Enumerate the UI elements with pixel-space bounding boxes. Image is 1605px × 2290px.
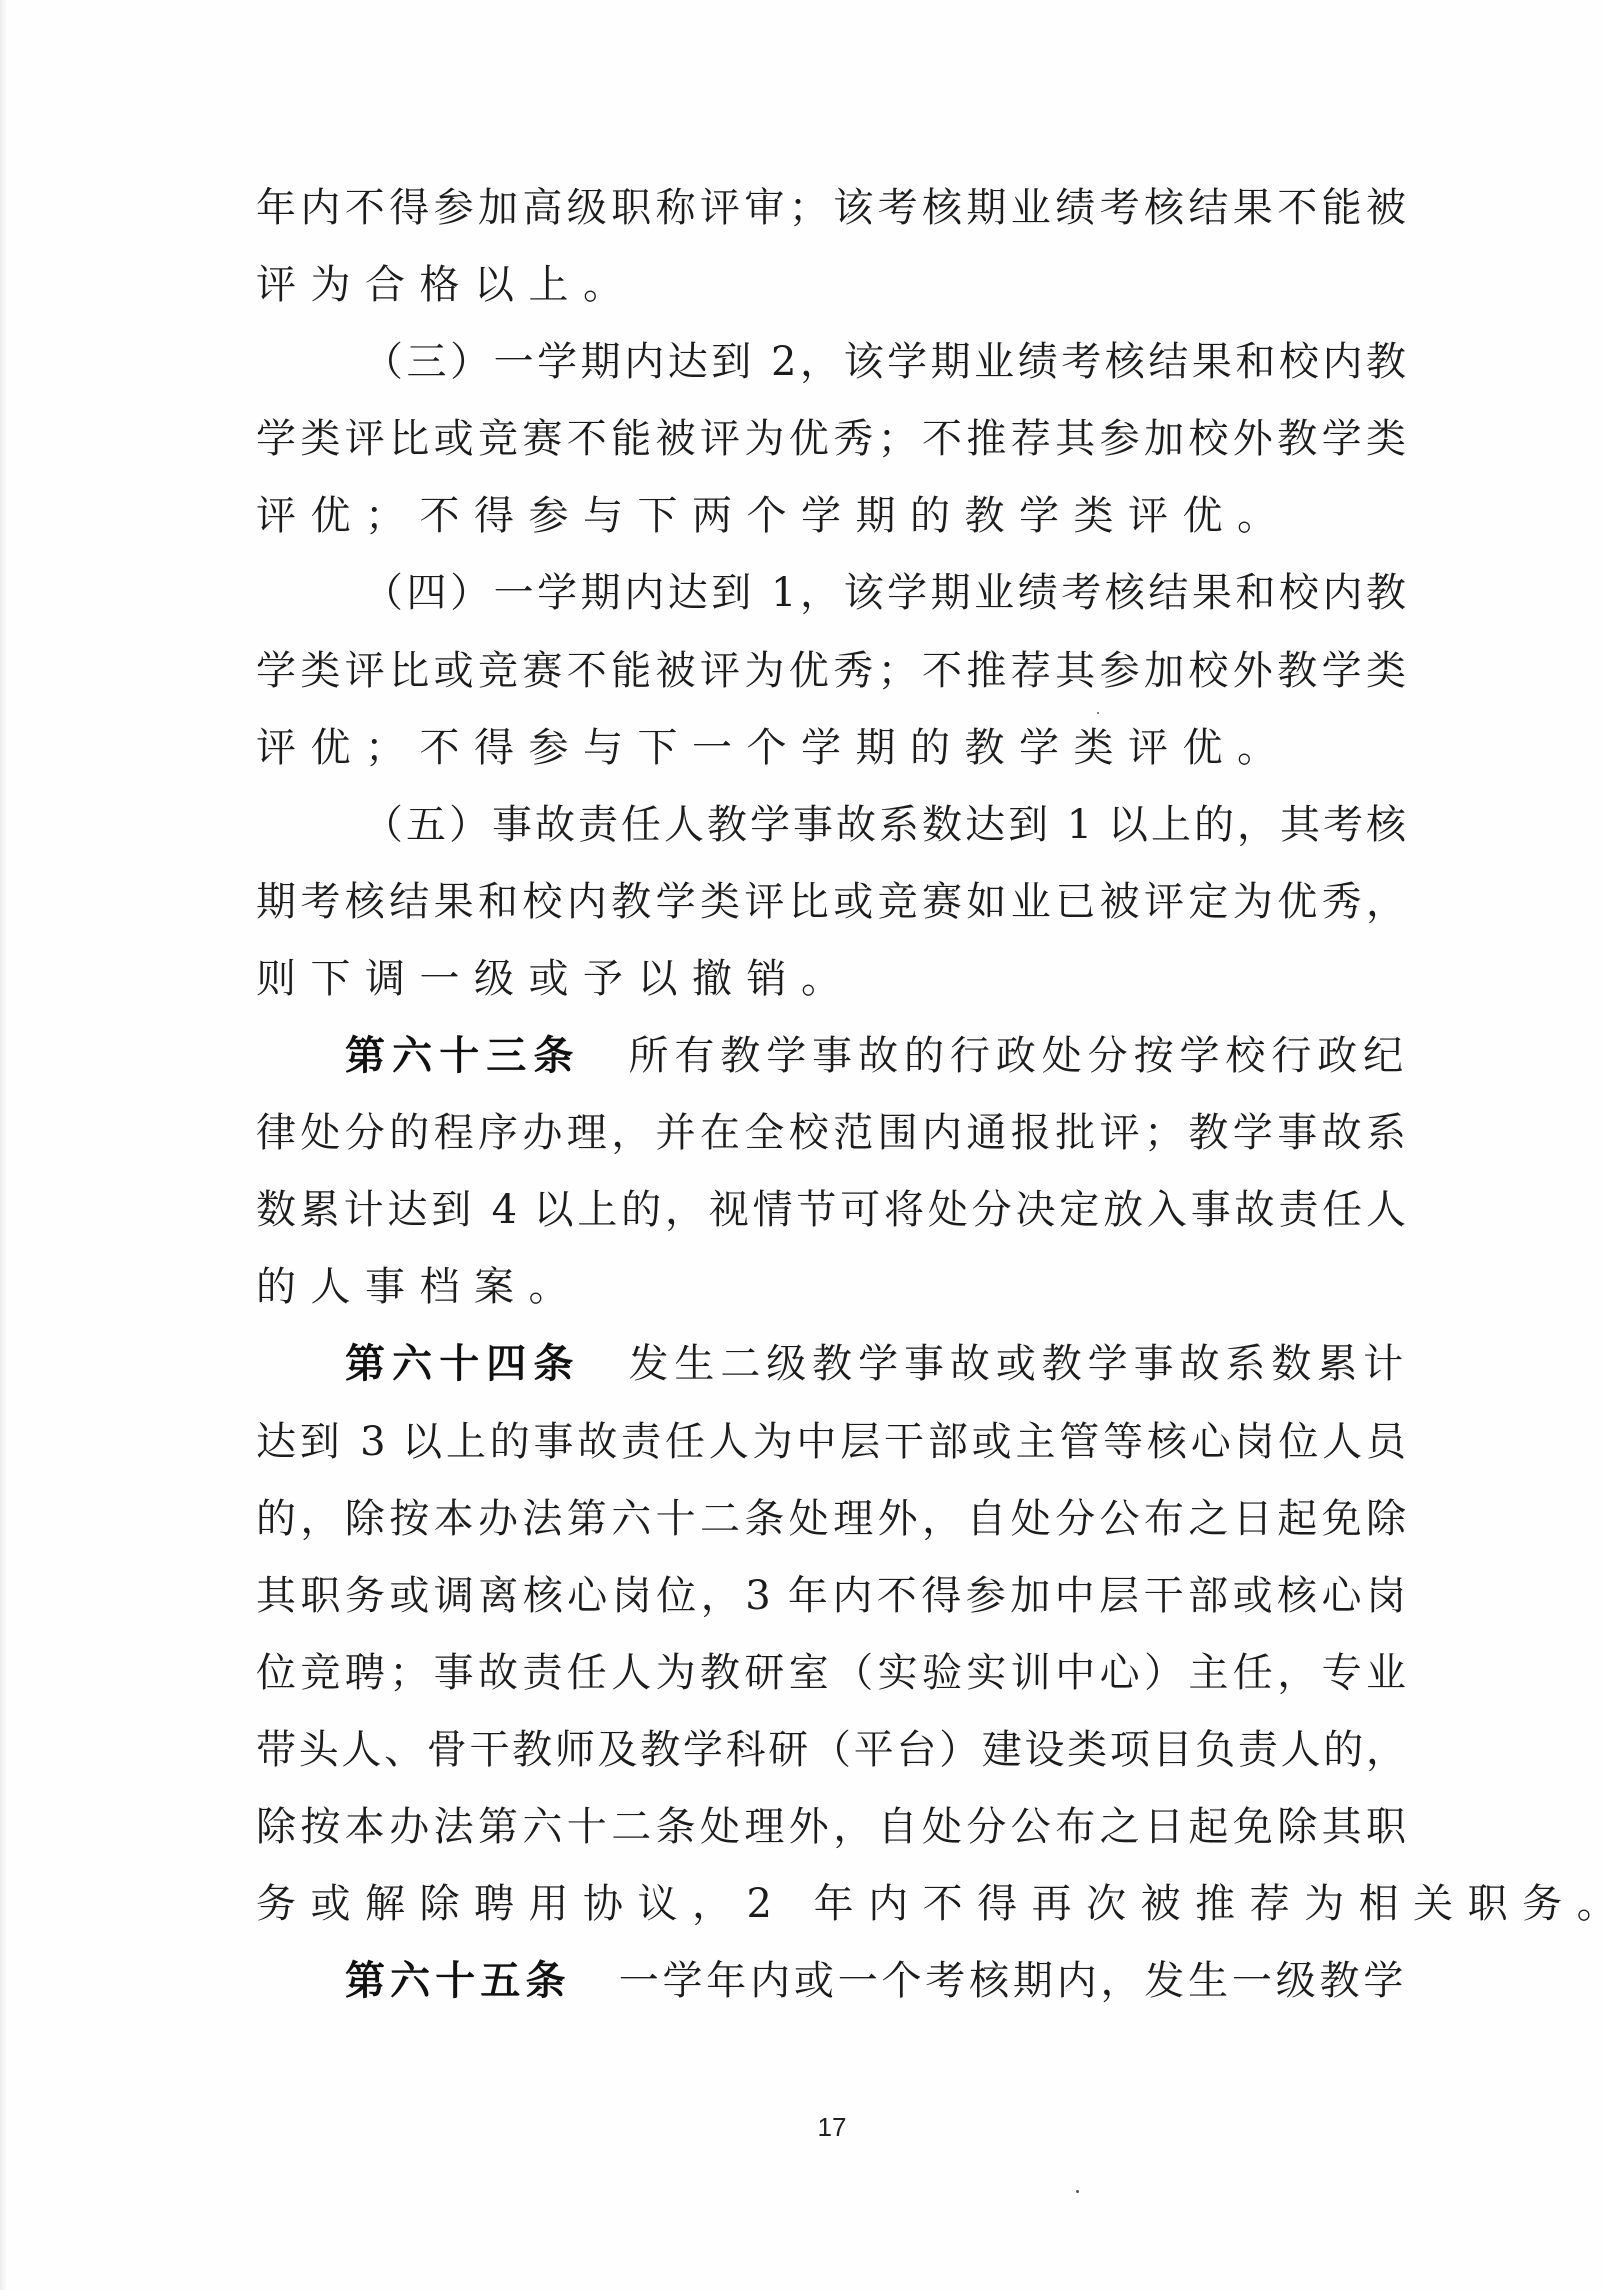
line-text: 律处分的程序办理，并在全校范围内通报批评；教学事故系 [256, 1110, 1406, 1156]
line-text: 数累计达到 4 以上的，视情节可将处分决定放入事故责任人 [256, 1187, 1406, 1233]
line-text: 则下调一级或予以撤销。 [256, 956, 856, 1002]
text-line: 评为合格以上。 [256, 257, 1406, 334]
text-line: 除按本办法第六十二条处理外，自处分公布之日起免除其职 [256, 1799, 1406, 1876]
text-line: 期考核结果和校内教学类评比或竞赛如业已被评定为优秀， [256, 874, 1406, 951]
text-line: 评优；不得参与下一个学期的教学类评优。 [256, 720, 1406, 797]
text-line: 学类评比或竞赛不能被评为优秀；不推荐其参加校外教学类 [256, 643, 1406, 720]
line-text: 位竞聘；事故责任人为教研室（实验实训中心）主任，专业 [256, 1650, 1406, 1696]
list-item-5-first-line: （五）事故责任人教学事故系数达到 1 以上的，其考核 [256, 797, 1406, 874]
line-text: 的人事档案。 [256, 1264, 583, 1310]
page-number: 17 [812, 2112, 852, 2143]
text-line: 务或解除聘用协议，2 年内不得再次被推荐为相关职务。 [256, 1876, 1406, 1953]
line-text: 一学年内或一个考核期内，发生一级教学 [619, 1958, 1406, 2004]
line-text: 期考核结果和校内教学类评比或竞赛如业已被评定为优秀， [256, 879, 1406, 925]
line-text: 年内不得参加高级职称评审；该考核期业绩考核结果不能被 [256, 185, 1406, 231]
text-line: 评优；不得参与下两个学期的教学类评优。 [256, 488, 1406, 565]
scan-edge-shadow [0, 0, 6, 2290]
line-text: 其职务或调离核心岗位，3 年内不得参加中层干部或核心岗 [256, 1573, 1406, 1619]
text-line: 的人事档案。 [256, 1259, 1406, 1336]
text-line: 位竞聘；事故责任人为教研室（实验实训中心）主任，专业 [256, 1645, 1406, 1722]
line-text: 除按本办法第六十二条处理外，自处分公布之日起免除其职 [256, 1804, 1406, 1850]
text-line: 律处分的程序办理，并在全校范围内通报批评；教学事故系 [256, 1105, 1406, 1182]
line-text: 所有教学事故的行政处分按学校行政纪 [628, 1033, 1406, 1079]
line-text: 评为合格以上。 [256, 262, 638, 308]
article-65-first-line: 第六十五条一学年内或一个考核期内，发生一级教学 [256, 1953, 1406, 2030]
line-text: （五）事故责任人教学事故系数达到 1 以上的，其考核 [363, 802, 1406, 848]
text-line: 则下调一级或予以撤销。 [256, 951, 1406, 1028]
line-text: 发生二级教学事故或教学事故系数累计 [628, 1341, 1406, 1387]
line-text: 学类评比或竞赛不能被评为优秀；不推荐其参加校外教学类 [256, 648, 1406, 694]
article-heading: 第六十三条 [345, 1033, 580, 1079]
text-line: 年内不得参加高级职称评审；该考核期业绩考核结果不能被 [256, 180, 1406, 257]
text-line: 达到 3 以上的事故责任人为中层干部或主管等核心岗位人员 [256, 1414, 1406, 1491]
document-page: 年内不得参加高级职称评审；该考核期业绩考核结果不能被 评为合格以上。 （三）一学… [0, 0, 1605, 2290]
line-text: （四）一学期内达到 1，该学期业绩考核结果和校内教 [363, 570, 1406, 616]
scan-speck [1076, 2190, 1079, 2193]
list-item-4-first-line: （四）一学期内达到 1，该学期业绩考核结果和校内教 [256, 565, 1406, 642]
line-text: 的，除按本办法第六十二条处理外，自处分公布之日起免除 [256, 1496, 1406, 1542]
list-item-3-first-line: （三）一学期内达到 2，该学期业绩考核结果和校内教 [256, 334, 1406, 411]
text-line: 的，除按本办法第六十二条处理外，自处分公布之日起免除 [256, 1491, 1406, 1568]
line-text: 评优；不得参与下两个学期的教学类评优。 [256, 493, 1292, 539]
text-line: 学类评比或竞赛不能被评为优秀；不推荐其参加校外教学类 [256, 411, 1406, 488]
article-heading: 第六十四条 [345, 1341, 580, 1387]
line-text: 评优；不得参与下一个学期的教学类评优。 [256, 725, 1292, 771]
text-line: 数累计达到 4 以上的，视情节可将处分决定放入事故责任人 [256, 1182, 1406, 1259]
scan-speck [1097, 712, 1099, 714]
article-63-first-line: 第六十三条所有教学事故的行政处分按学校行政纪 [256, 1028, 1406, 1105]
line-text: 带头人、骨干教师及教学科研（平台）建设类项目负责人的， [256, 1727, 1406, 1773]
article-heading: 第六十五条 [345, 1958, 571, 2004]
line-text: 学类评比或竞赛不能被评为优秀；不推荐其参加校外教学类 [256, 416, 1406, 462]
line-text: （三）一学期内达到 2，该学期业绩考核结果和校内教 [363, 339, 1406, 385]
document-body: 年内不得参加高级职称评审；该考核期业绩考核结果不能被 评为合格以上。 （三）一学… [256, 180, 1406, 2030]
line-text: 务或解除聘用协议，2 年内不得再次被推荐为相关职务。 [256, 1881, 1605, 1927]
line-text: 达到 3 以上的事故责任人为中层干部或主管等核心岗位人员 [256, 1419, 1406, 1465]
article-64-first-line: 第六十四条发生二级教学事故或教学事故系数累计 [256, 1336, 1406, 1413]
text-line: 其职务或调离核心岗位，3 年内不得参加中层干部或核心岗 [256, 1568, 1406, 1645]
text-line: 带头人、骨干教师及教学科研（平台）建设类项目负责人的， [256, 1722, 1406, 1799]
